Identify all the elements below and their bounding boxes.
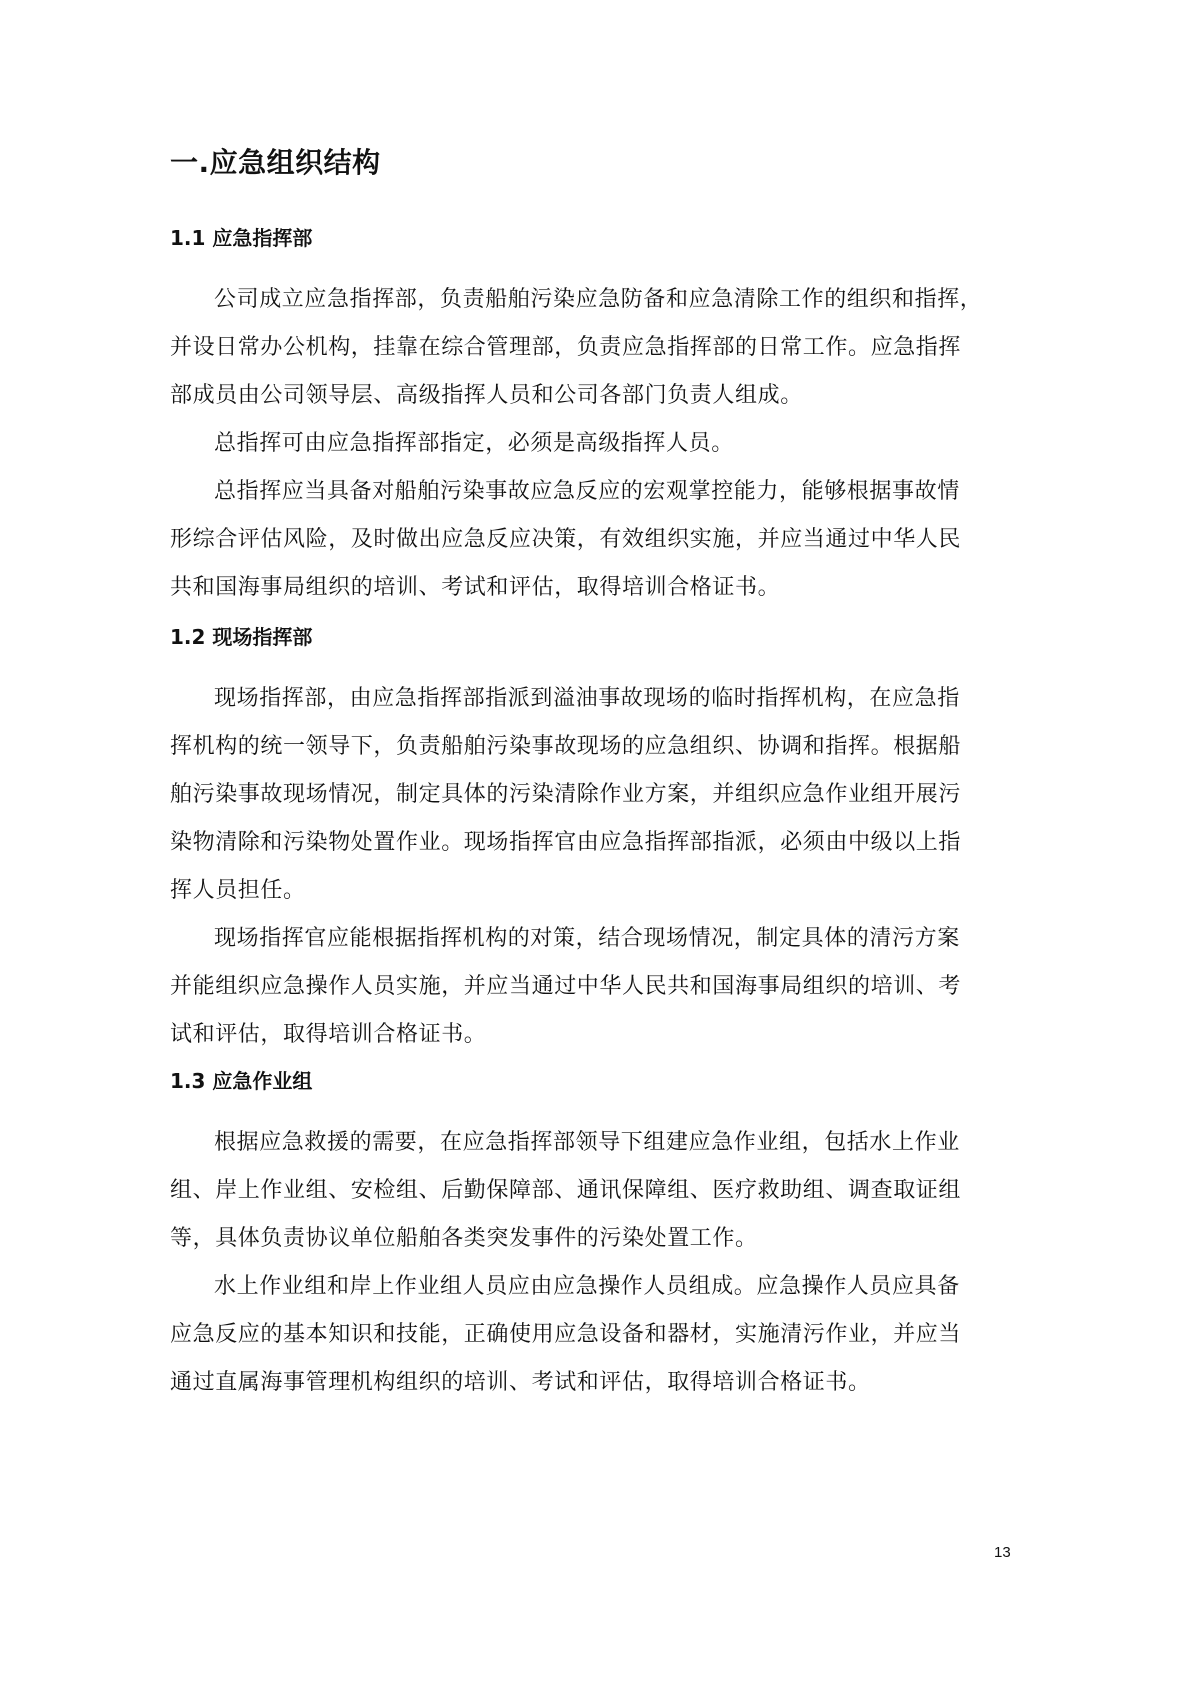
paragraph-line: 公司成立应急指挥部，负责船舶污染应急防备和应急清除工作的组织和指挥， xyxy=(214,284,1012,316)
section-heading-1-2: 1.2 现场指挥部 xyxy=(170,622,312,652)
paragraph-line: 根据应急救援的需要，在应急指挥部领导下组建应急作业组，包括水上作业 xyxy=(214,1127,1012,1159)
paragraph-line: 挥机构的统一领导下，负责船舶污染事故现场的应急组织、协调和指挥。根据船 xyxy=(170,731,1012,763)
paragraph-line: 并设日常办公机构，挂靠在综合管理部，负责应急指挥部的日常工作。应急指挥 xyxy=(170,332,1012,364)
paragraph-line: 挥人员担任。 xyxy=(170,875,1012,907)
paragraph-line: 通过直属海事管理机构组织的培训、考试和评估，取得培训合格证书。 xyxy=(170,1367,1012,1399)
section-heading-1-3: 1.3 应急作业组 xyxy=(170,1066,312,1096)
paragraph-line: 组、岸上作业组、安检组、后勤保障部、通讯保障组、医疗救助组、调查取证组 xyxy=(170,1175,1012,1207)
paragraph-line: 水上作业组和岸上作业组人员应由应急操作人员组成。应急操作人员应具备 xyxy=(214,1271,1012,1303)
paragraph-line: 现场指挥官应能根据指挥机构的对策，结合现场情况，制定具体的清污方案 xyxy=(214,923,1012,955)
paragraph-line: 现场指挥部，由应急指挥部指派到溢油事故现场的临时指挥机构，在应急指 xyxy=(214,683,1012,715)
paragraph-line: 形综合评估风险，及时做出应急反应决策，有效组织实施，并应当通过中华人民 xyxy=(170,524,1012,556)
paragraph-line: 总指挥应当具备对船舶污染事故应急反应的宏观掌控能力，能够根据事故情 xyxy=(214,476,1012,508)
paragraph-line: 共和国海事局组织的培训、考试和评估，取得培训合格证书。 xyxy=(170,572,1012,604)
paragraph-line: 并能组织应急操作人员实施，并应当通过中华人民共和国海事局组织的培训、考 xyxy=(170,971,1012,1003)
paragraph-line: 染物清除和污染物处置作业。现场指挥官由应急指挥部指派，必须由中级以上指 xyxy=(170,827,1012,859)
paragraph-line: 舶污染事故现场情况，制定具体的污染清除作业方案，并组织应急作业组开展污 xyxy=(170,779,1012,811)
paragraph-line: 总指挥可由应急指挥部指定，必须是高级指挥人员。 xyxy=(214,428,1012,460)
paragraph-line: 试和评估，取得培训合格证书。 xyxy=(170,1019,1012,1051)
paragraph-line: 应急反应的基本知识和技能，正确使用应急设备和器材，实施清污作业，并应当 xyxy=(170,1319,1012,1351)
section-heading-1-1: 1.1 应急指挥部 xyxy=(170,223,312,253)
paragraph-line: 部成员由公司领导层、高级指挥人员和公司各部门负责人组成。 xyxy=(170,380,1012,412)
document-page: 一.应急组织结构 1.1 应急指挥部 公司成立应急指挥部，负责船舶污染应急防备和… xyxy=(0,0,1191,1684)
page-number: 13 xyxy=(994,1542,1011,1564)
chapter-title: 一.应急组织结构 xyxy=(170,143,381,183)
paragraph-line: 等，具体负责协议单位船舶各类突发事件的污染处置工作。 xyxy=(170,1223,1012,1255)
